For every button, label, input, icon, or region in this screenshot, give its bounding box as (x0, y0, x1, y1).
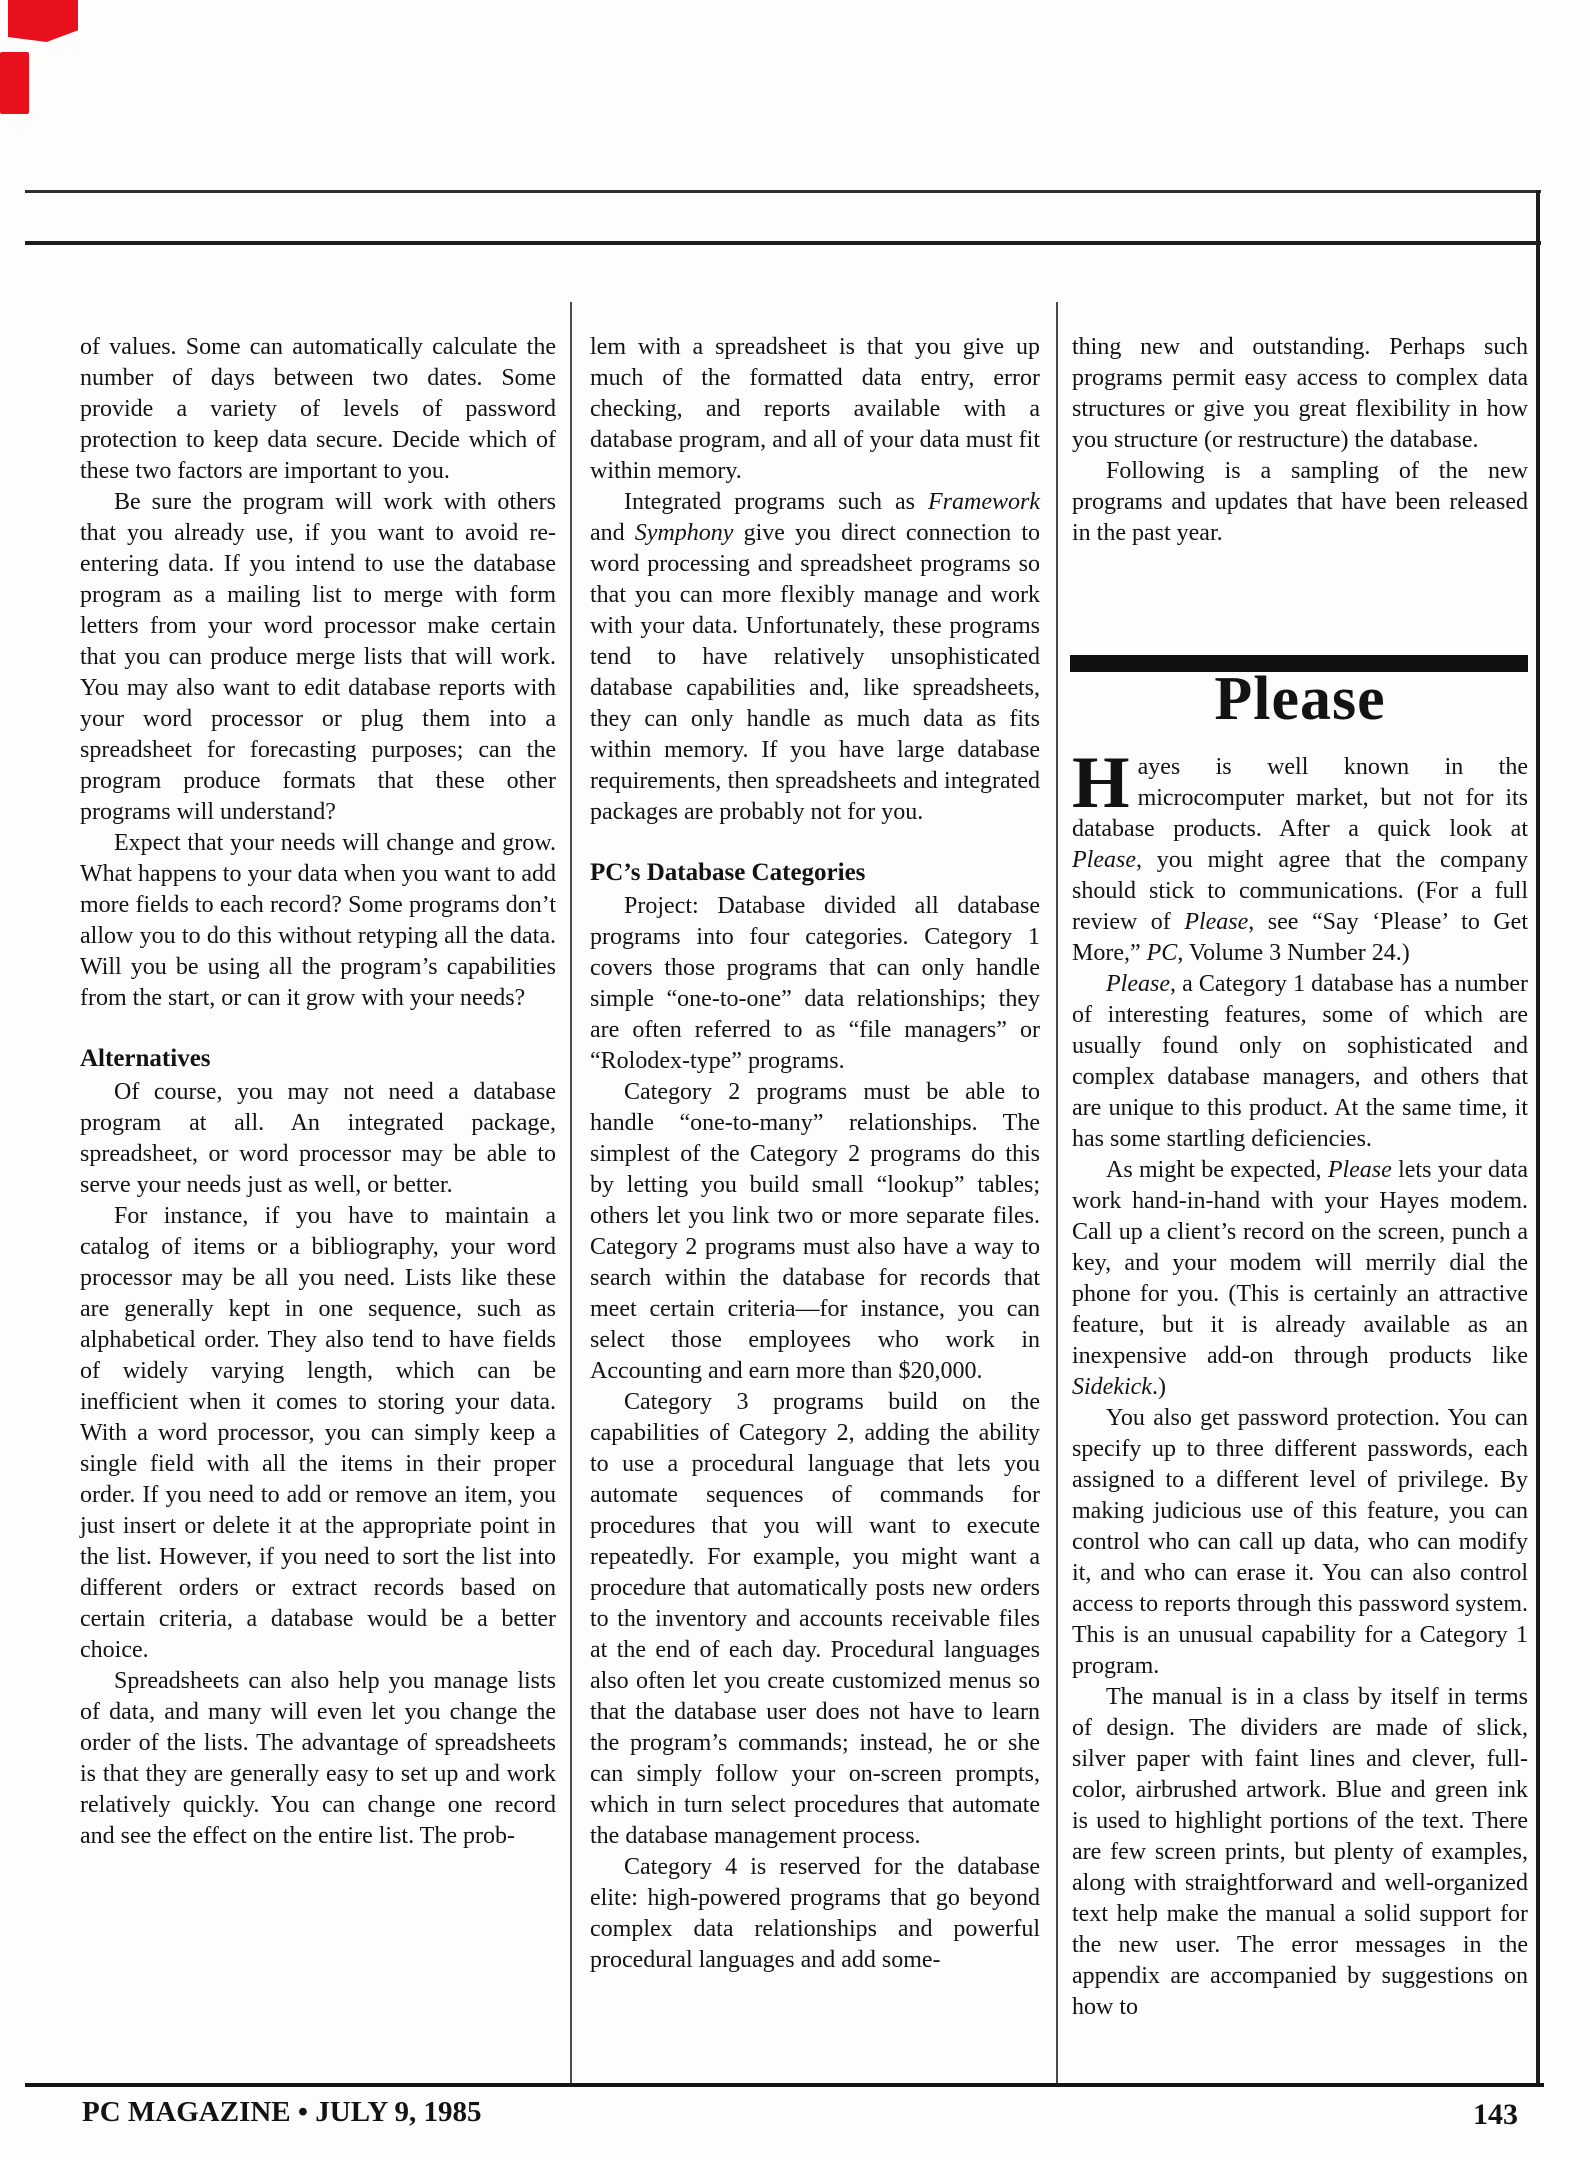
paragraph: The manual is in a class by itself in te… (1072, 1682, 1528, 2023)
paragraph: Integrated programs such as Framework an… (590, 487, 1040, 828)
page-right-border (1536, 190, 1540, 2087)
paragraph: Category 3 programs build on the capabil… (590, 1387, 1040, 1852)
column-3-intro: thing new and outstanding. Perhaps such … (1072, 332, 1528, 549)
header-rule-bottom (25, 241, 1541, 245)
column-divider-1 (570, 302, 572, 2083)
paragraph: of values. Some can automatically calcul… (80, 332, 556, 487)
red-scan-mark-top (8, 0, 78, 42)
magazine-page: of values. Some can automatically calcul… (0, 0, 1590, 2160)
paragraph: Be sure the program will work with other… (80, 487, 556, 828)
paragraph: As might be expected, Please lets your d… (1072, 1155, 1528, 1403)
column-2: lem with a spreadsheet is that you give … (590, 332, 1040, 1976)
paragraph: Category 4 is reserved for the database … (590, 1852, 1040, 1976)
paragraph: Category 2 programs must be able to hand… (590, 1077, 1040, 1387)
paragraph: Of course, you may not need a database p… (80, 1077, 556, 1201)
column-1: of values. Some can automatically calcul… (80, 332, 556, 1852)
footer-magazine-date: PC MAGAZINE • JULY 9, 1985 (82, 2096, 482, 2128)
footer-rule (25, 2083, 1544, 2087)
article-title: Please (1072, 664, 1528, 735)
paragraph: For instance, if you have to maintain a … (80, 1201, 556, 1666)
paragraph: Following is a sampling of the new progr… (1072, 456, 1528, 549)
paragraph: Spreadsheets can also help you manage li… (80, 1666, 556, 1852)
paragraph: Expect that your needs will change and g… (80, 828, 556, 1014)
paragraph: lem with a spreadsheet is that you give … (590, 332, 1040, 487)
paragraph: Hayes is well known in the microcomputer… (1072, 752, 1528, 969)
drop-cap: H (1072, 755, 1130, 811)
red-scan-mark-left (0, 52, 29, 114)
page-number: 143 (1473, 2098, 1518, 2132)
paragraph: Please, a Category 1 database has a numb… (1072, 969, 1528, 1155)
paragraph: You also get password protection. You ca… (1072, 1403, 1528, 1682)
subheading: Alternatives (80, 1043, 556, 1074)
subheading: PC’s Database Categories (590, 857, 1040, 888)
column-3-article: Hayes is well known in the microcomputer… (1072, 752, 1528, 2023)
paragraph: Project: Database divided all database p… (590, 891, 1040, 1077)
header-rule-top (25, 190, 1541, 193)
page-footer: PC MAGAZINE • JULY 9, 1985 143 (82, 2096, 1528, 2129)
paragraph: thing new and outstanding. Perhaps such … (1072, 332, 1528, 456)
column-divider-2 (1056, 302, 1058, 2083)
